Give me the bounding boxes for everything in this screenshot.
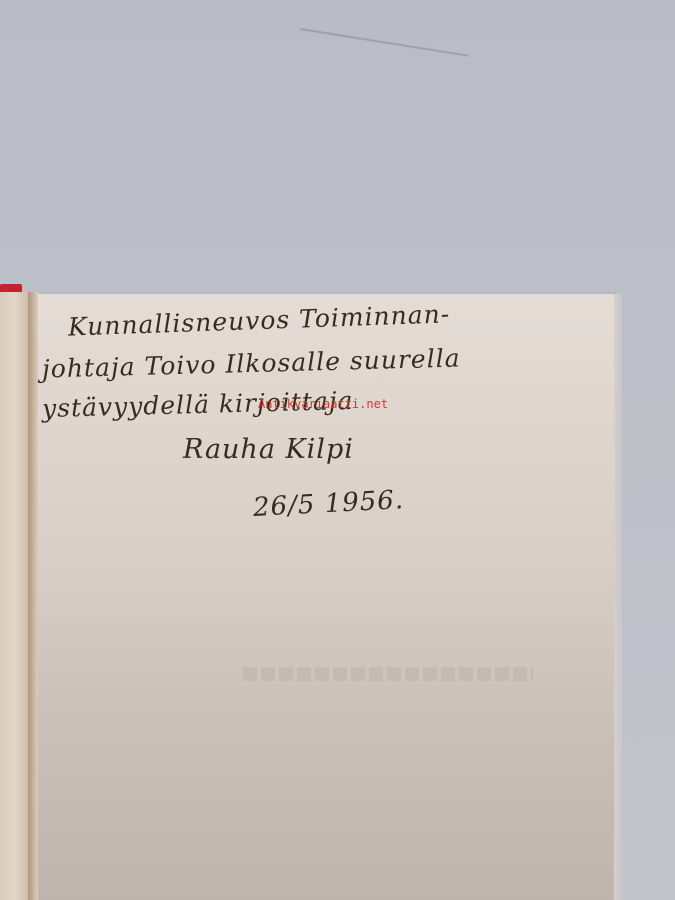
background-scratch [300, 28, 468, 57]
handwritten-inscription: Kunnallisneuvos Toiminnan- johtaja Toivo… [38, 294, 614, 594]
inscription-signature: Rauha Kilpi [183, 434, 354, 465]
show-through-text [243, 667, 533, 681]
book-page: Kunnallisneuvos Toiminnan- johtaja Toivo… [38, 294, 614, 900]
watermark: Antikvariaatti.net [258, 397, 388, 411]
page-gutter [28, 292, 38, 900]
page-right-edge [614, 294, 622, 900]
inscription-line-1: Kunnallisneuvos Toiminnan- [68, 299, 451, 341]
inscription-date: 26/5 1956. [252, 485, 404, 523]
book: Kunnallisneuvos Toiminnan- johtaja Toivo… [0, 292, 620, 900]
inscription-line-2: johtaja Toivo Ilkosalle suurella [42, 344, 461, 384]
